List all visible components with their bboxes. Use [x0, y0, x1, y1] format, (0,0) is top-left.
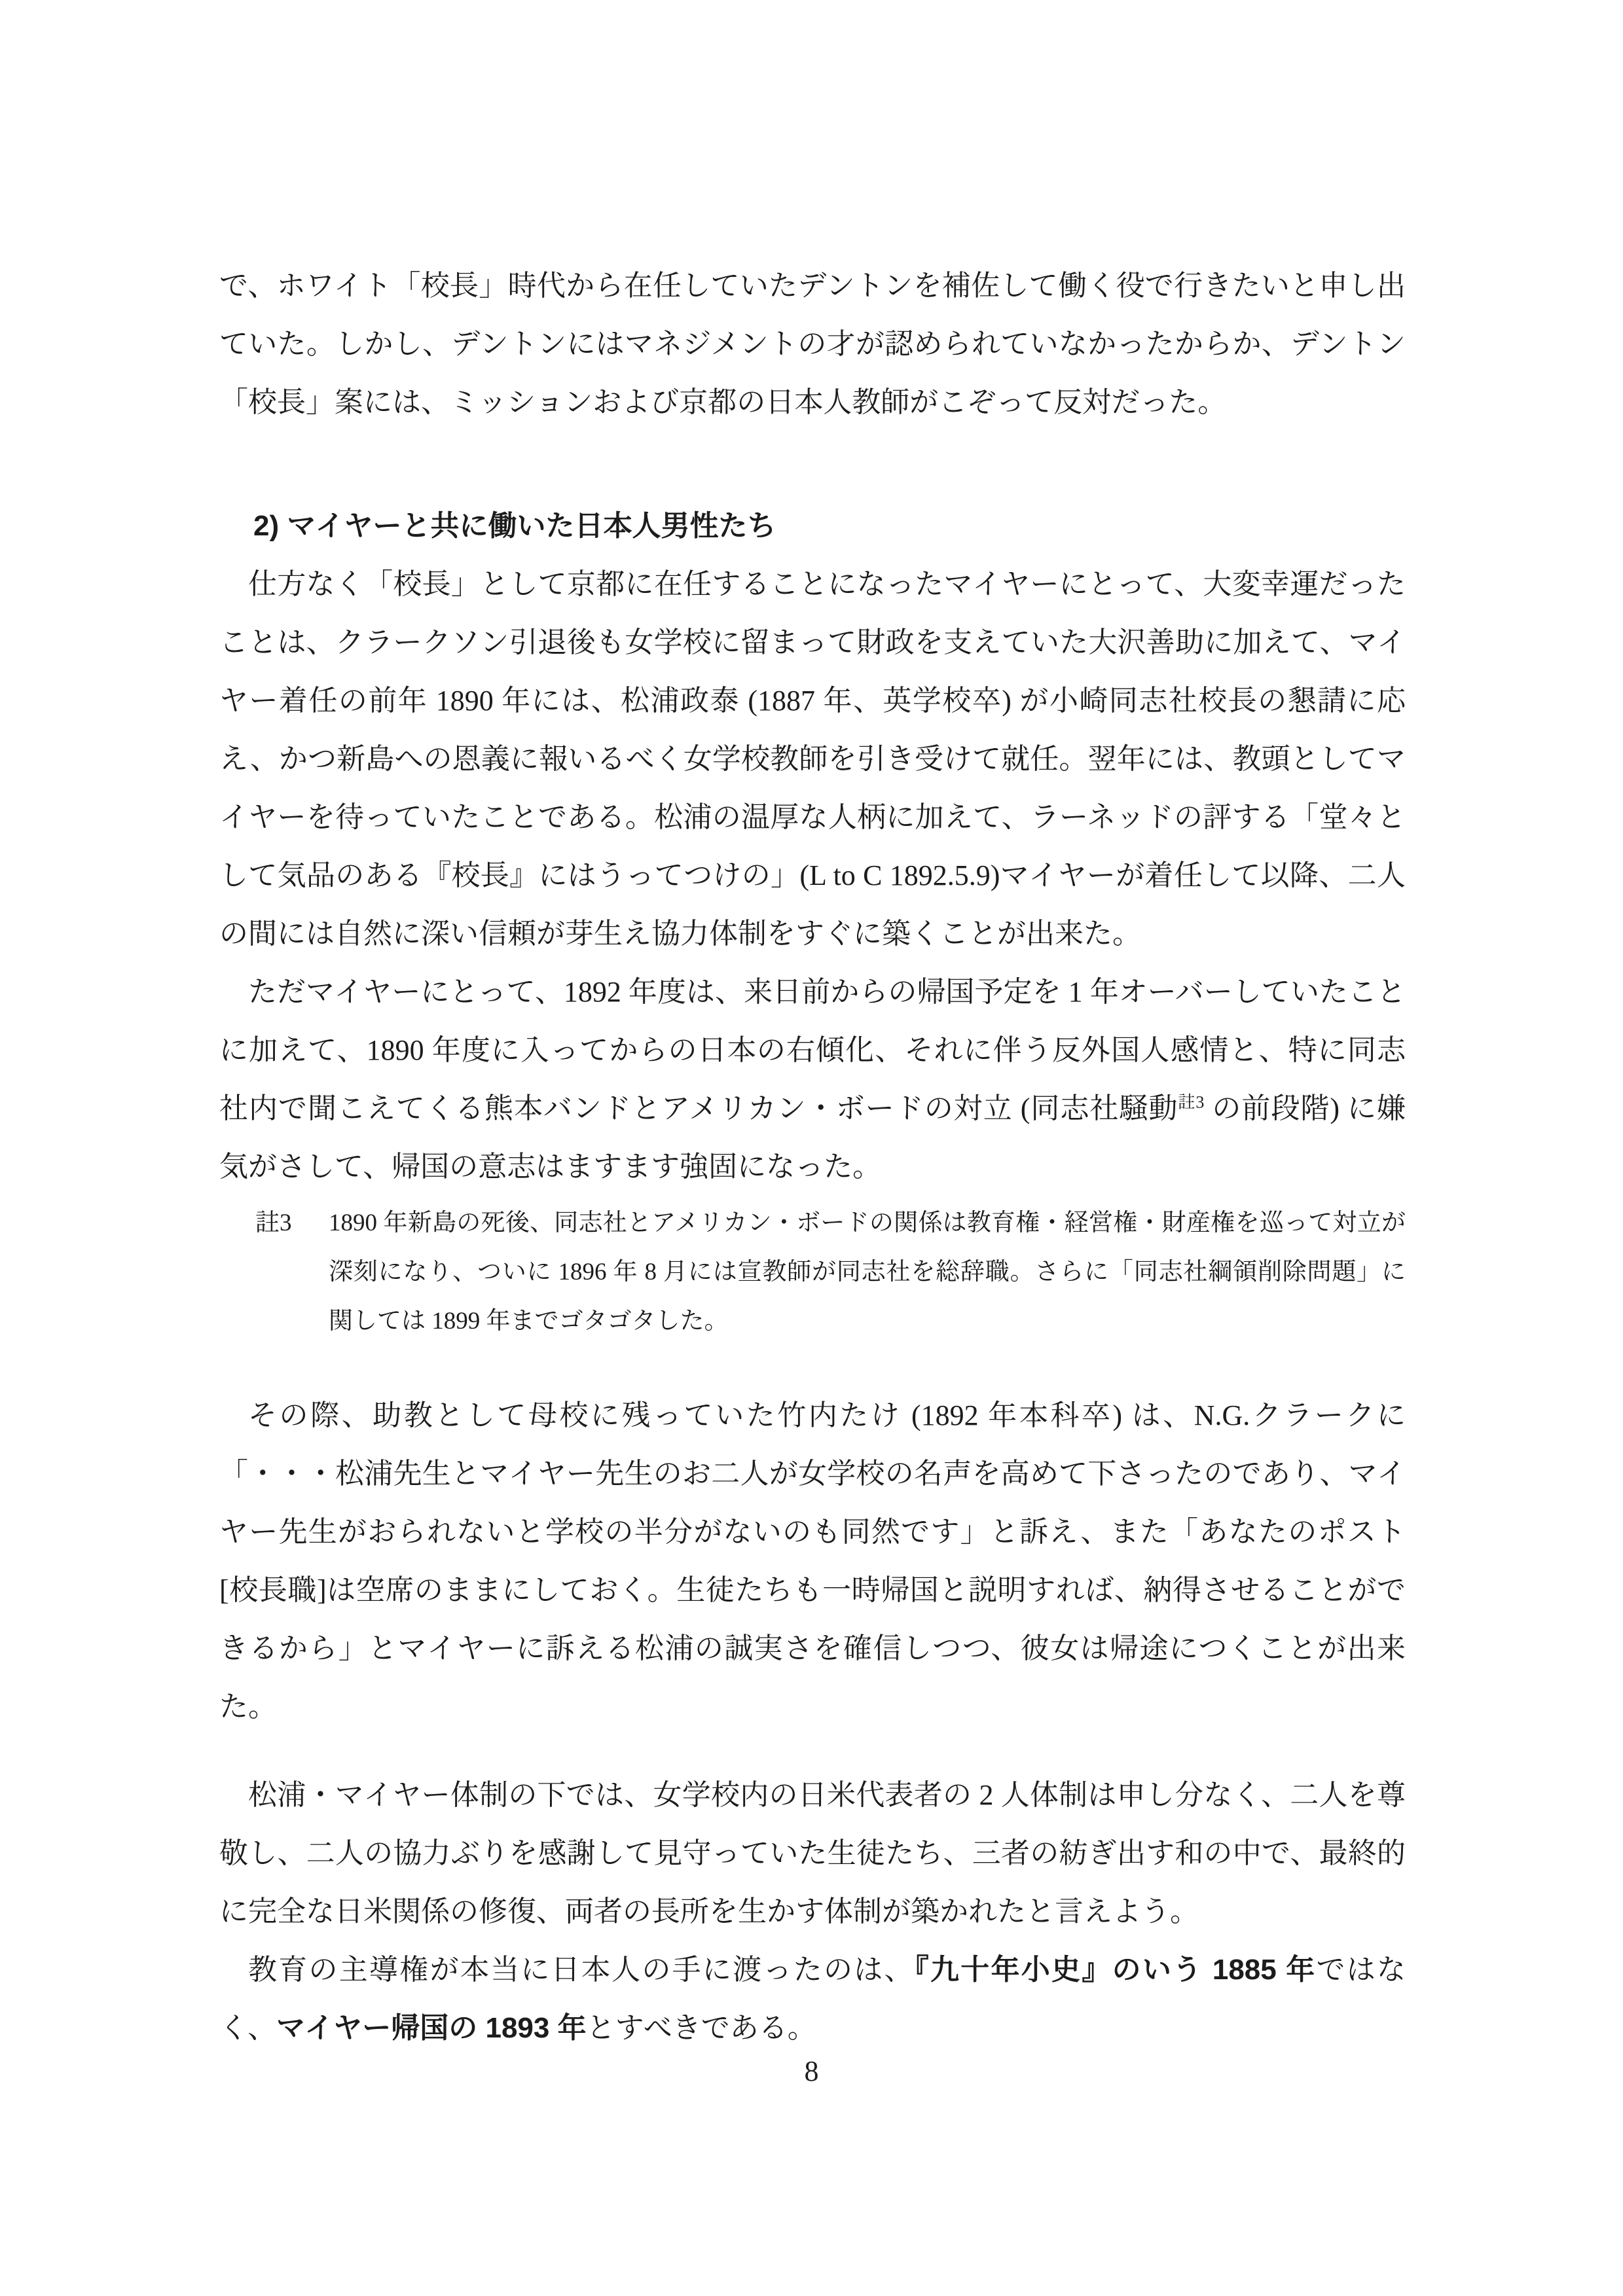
emphasis-text: マイヤー帰国の 1893 年: [276, 2012, 586, 2044]
paragraph-takeuchi-take: その際、助教として母校に残っていた竹内たけ (1892 年本科卒) は、N.G.…: [219, 1386, 1406, 1736]
text-block: で、ホワイト「校長」時代から在任していたデントンを補佐して働く役で行きたいと申し…: [219, 257, 1406, 2057]
footnote-label: 註3: [255, 1198, 329, 1346]
paragraph-matsuura-appointment: 仕方なく「校長」として京都に在任することになったマイヤーにとって、大変幸運だった…: [219, 555, 1406, 963]
paragraph-conclusion: 教育の主導権が本当に日本人の手に渡ったのは、『九十年小史』のいう 1885 年で…: [219, 1941, 1406, 2057]
footnote-3: 註3 1890 年新島の死後、同志社とアメリカン・ボードの関係は教育権・経営権・…: [255, 1198, 1406, 1346]
paragraph-continuation: で、ホワイト「校長」時代から在任していたデントンを補佐して働く役で行きたいと申し…: [219, 257, 1406, 431]
text-segment: とすべきである。: [587, 2012, 816, 2044]
emphasis-text: 『九十年小史』のいう 1885 年: [915, 1954, 1317, 1986]
footnote-text: 1890 年新島の死後、同志社とアメリカン・ボードの関係は教育権・経営権・財産権…: [329, 1198, 1406, 1346]
section-heading: 2) マイヤーと共に働いた日本人男性たち: [219, 497, 1406, 555]
text-segment: 教育の主導権が本当に日本人の手に渡ったのは、: [248, 1954, 915, 1986]
paragraph-matsuura-meyer-system: 松浦・マイヤー体制の下では、女学校内の日米代表者の 2 人体制は申し分なく、二人…: [219, 1766, 1406, 1941]
footnote-ref: 註3: [1178, 1092, 1204, 1111]
page-number: 8: [0, 2052, 1623, 2091]
document-page: { "content": { "paragraph_1": { "text": …: [0, 0, 1623, 2296]
paragraph-meyer-return-intent: ただマイヤーにとって、1892 年度は、来日前からの帰国予定を 1 年オーバーし…: [219, 963, 1406, 1196]
